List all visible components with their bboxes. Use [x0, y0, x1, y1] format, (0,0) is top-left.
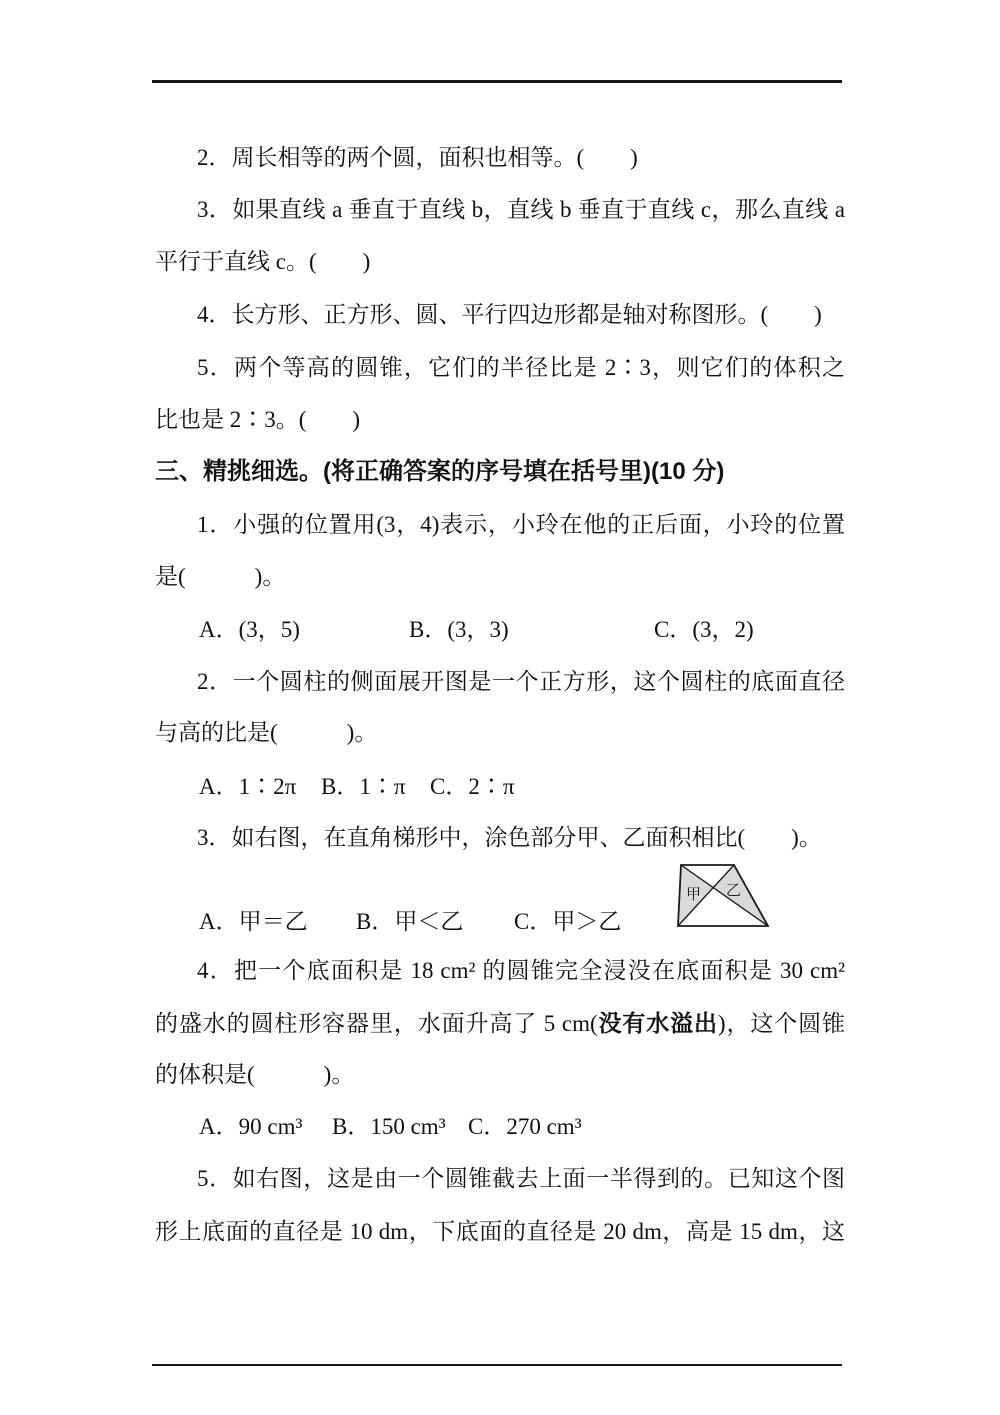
- figure-label-jia: 甲: [686, 886, 701, 903]
- mc-question-4-line3: 的体积是( )。: [155, 1049, 845, 1101]
- mc-question-5-line2: 形上底面的直径是 10 dm，下底面的直径是 20 dm，高是 15 dm，这: [155, 1206, 845, 1258]
- figure-label-yi: 乙: [726, 883, 741, 899]
- bold-note: 没有水溢出: [598, 1010, 718, 1036]
- mc-question-2-line2: 与高的比是( )。: [155, 707, 845, 759]
- tf-question-3-line1: 3．如果直线 a 垂直于直线 b，直线 b 垂直于直线 c，那么直线 a: [155, 184, 845, 236]
- exam-page: 2．周长相等的两个圆，面积也相等。( ) 3．如果直线 a 垂直于直线 b，直线…: [0, 0, 1000, 1415]
- bottom-rule: [152, 1364, 842, 1366]
- mc-question-1-line1: 1．小强的位置用(3，4)表示，小玲在他的正后面，小玲的位置: [155, 499, 845, 551]
- mc-question-1-options: A．(3，5) B．(3，3) C．(3，2): [155, 604, 845, 656]
- option-a: A．(3，5): [199, 604, 300, 656]
- trapezoid-figure: 甲 乙: [674, 857, 774, 933]
- mc-question-1-line2: 是( )。: [155, 551, 845, 603]
- line-text: 的盛水的圆柱形容器里，水面升高了 5 cm(: [155, 1011, 598, 1036]
- mc-question-5-line1: 5．如右图，这是由一个圆锥截去上面一半得到的。已知这个图: [155, 1153, 845, 1205]
- mc-question-4-line1: 4．把一个底面积是 18 cm² 的圆锥完全浸没在底面积是 30 cm²: [155, 945, 845, 997]
- option-a: A．1∶2π: [199, 761, 296, 813]
- tf-question-3-line2: 平行于直线 c。( ): [155, 236, 845, 288]
- tf-question-4: 4．长方形、正方形、圆、平行四边形都是轴对称图形。( ): [155, 289, 845, 341]
- tf-question-5-line1: 5．两个等高的圆锥，它们的半径比是 2∶3，则它们的体积之: [155, 342, 845, 394]
- option-c: C．(3，2): [654, 604, 754, 656]
- line-text: )，这个圆锥: [718, 1011, 845, 1036]
- option-a: A．90 cm³: [199, 1101, 302, 1153]
- option-a: A．甲＝乙: [199, 896, 308, 948]
- option-b: B．150 cm³: [332, 1101, 446, 1153]
- mc-question-4-line2: 的盛水的圆柱形容器里，水面升高了 5 cm(没有水溢出)，这个圆锥: [155, 997, 845, 1049]
- option-c: C．甲＞乙: [514, 896, 621, 948]
- mc-question-2-options: A．1∶2π B．1∶π C．2∶π: [155, 761, 845, 813]
- option-c: C．270 cm³: [468, 1101, 582, 1153]
- top-rule: [152, 80, 842, 83]
- option-b: B．(3，3): [409, 604, 509, 656]
- option-b: B．甲＜乙: [356, 896, 463, 948]
- section-heading: 三、精挑细选。(将正确答案的序号填在括号里)(10 分): [155, 446, 845, 498]
- mc-question-2-line1: 2．一个圆柱的侧面展开图是一个正方形，这个圆柱的底面直径: [155, 656, 845, 708]
- tf-question-2: 2．周长相等的两个圆，面积也相等。( ): [155, 132, 845, 184]
- option-b: B．1∶π: [321, 761, 405, 813]
- option-c: C．2∶π: [430, 761, 514, 813]
- tf-question-5-line2: 比也是 2∶3。( ): [155, 394, 845, 446]
- mc-question-4-options: A．90 cm³ B．150 cm³ C．270 cm³: [155, 1101, 845, 1153]
